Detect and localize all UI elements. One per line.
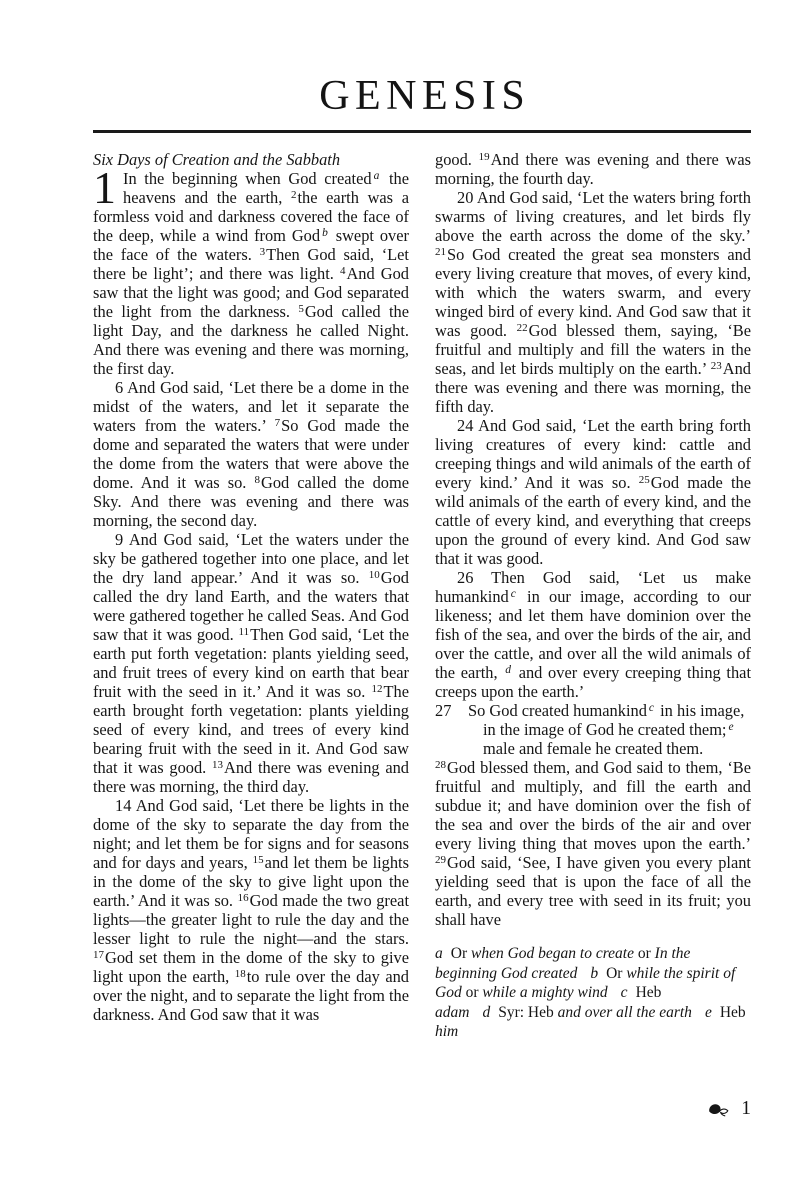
text-run: male and female he created them. <box>483 739 703 758</box>
footnote-marker: c <box>511 588 516 600</box>
verse-number: 29 <box>435 854 446 866</box>
right-column: good. 19And there was evening and there … <box>435 150 751 1042</box>
verse-number: 11 <box>239 626 250 638</box>
footnote-letter: a <box>435 945 443 962</box>
text-run: him <box>435 1023 458 1040</box>
text-run: Or <box>451 945 471 962</box>
verse-number: 17 <box>93 949 104 961</box>
footnote-marker: d <box>505 664 511 676</box>
text-run: in his image, <box>656 701 744 720</box>
poetry-line: male and female he created them. <box>435 739 751 758</box>
text-run: Syr: Heb <box>498 1004 557 1021</box>
verse-number: 23 <box>711 360 722 372</box>
page-number: 1 <box>741 1098 751 1120</box>
section-heading: Six Days of Creation and the Sabbath <box>93 150 409 169</box>
verse-number: 19 <box>479 151 490 163</box>
text-run: and over all the earth <box>558 1004 692 1021</box>
verse-paragraph: 24 And God said, ‘Let the earth bring fo… <box>435 416 751 568</box>
footnote-marker: c <box>649 702 654 714</box>
verse-number: 16 <box>238 892 249 904</box>
verse-number: 5 <box>298 303 304 315</box>
text-run: God said, ‘See, I have given you every p… <box>435 853 751 929</box>
verse-paragraph: 6 And God said, ‘Let there be a dome in … <box>93 378 409 530</box>
footnote-item: dSyr: Heb and over all the earth <box>482 1004 691 1021</box>
verse-number: 28 <box>435 759 446 771</box>
footnote-marker: b <box>322 227 328 239</box>
verse-number: 15 <box>253 854 264 866</box>
footnote-marker: e <box>729 721 734 733</box>
verse-number: 13 <box>212 759 223 771</box>
verse-number: 4 <box>340 265 346 277</box>
left-column: Six Days of Creation and the Sabbath 1In… <box>93 150 409 1042</box>
poetry-line: 27So God created humankindc in his image… <box>435 701 751 720</box>
footnote-letter: d <box>482 1004 490 1021</box>
text-run: or <box>634 945 655 962</box>
footnotes-block: aOr when God began to create or In the b… <box>435 944 751 1042</box>
verse-paragraph: 20 And God said, ‘Let the waters bring f… <box>435 188 751 416</box>
poetry-block: 27So God created humankindc in his image… <box>435 701 751 758</box>
text-run: 20 And God said, ‘Let the waters bring f… <box>435 188 751 245</box>
verse-number: 22 <box>517 322 528 334</box>
text-run: in the image of God he created them; <box>483 720 727 739</box>
verse-paragraph: 1In the beginning when God createda the … <box>93 169 409 378</box>
verse-number: 10 <box>369 569 380 581</box>
text-run: adam <box>435 1004 469 1021</box>
text-run: good. <box>435 150 479 169</box>
text-run: while a mighty wind <box>482 984 607 1001</box>
poetry-line: in the image of God he created them;e <box>435 720 751 739</box>
verse-number: 21 <box>435 246 446 258</box>
page-footer: 1 <box>708 1098 751 1120</box>
verse-number: 27 <box>435 701 468 720</box>
verse-number: 7 <box>275 417 281 429</box>
verse-paragraph: 28God blessed them, and God said to them… <box>435 758 751 929</box>
verse-number: 18 <box>235 968 246 980</box>
text-run: Heb <box>720 1004 746 1021</box>
book-title: GENESIS <box>93 74 751 118</box>
text-run: In the beginning when God created <box>123 169 372 188</box>
text-run: Or <box>606 965 626 982</box>
verse-paragraph: 9 And God said, ‘Let the waters under th… <box>93 530 409 796</box>
verse-paragraph: 14 And God said, ‘Let there be lights in… <box>93 796 409 1024</box>
text-run: So God created humankind <box>468 701 647 720</box>
verse-number: 2 <box>291 189 297 201</box>
footnote-letter: e <box>705 1004 712 1021</box>
verse-number: 25 <box>639 474 650 486</box>
hedera-leaf-icon <box>708 1102 732 1117</box>
text-run: when God began to create <box>471 945 634 962</box>
bible-page: GENESIS Six Days of Creation and the Sab… <box>0 0 811 1180</box>
title-rule <box>93 130 751 133</box>
verse-number: 12 <box>372 683 383 695</box>
verse-number: 8 <box>254 474 260 486</box>
two-column-text: Six Days of Creation and the Sabbath 1In… <box>93 150 751 1042</box>
text-run: Heb <box>636 984 662 1001</box>
text-run: or <box>462 984 483 1001</box>
chapter-number: 1 <box>93 169 123 206</box>
footnote-letter: c <box>621 984 628 1001</box>
text-run: 9 And God said, ‘Let the waters under th… <box>93 530 409 587</box>
verse-paragraph: good. 19And there was evening and there … <box>435 150 751 188</box>
footnote-marker: a <box>374 170 380 182</box>
text-run: God blessed them, and God said to them, … <box>435 758 751 853</box>
verse-number: 3 <box>260 246 266 258</box>
verse-paragraph: 26 Then God said, ‘Let us make humankind… <box>435 568 751 701</box>
footnote-letter: b <box>590 965 598 982</box>
